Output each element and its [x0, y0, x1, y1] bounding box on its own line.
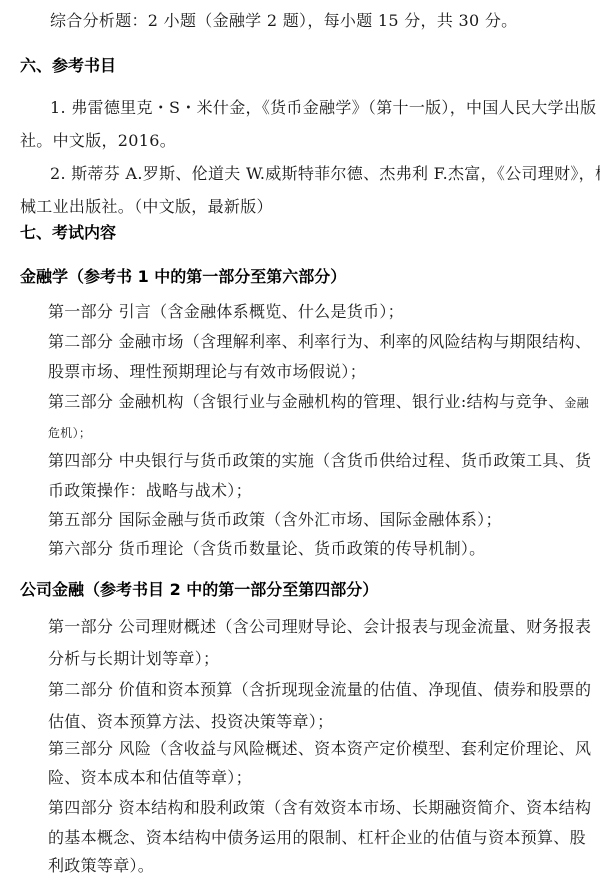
- finance-part-2-line-2: 股票市场、理性预期理论与有效市场假说）；: [48, 362, 366, 382]
- corporate-part-1-line-2: 分析与长期计划等章）；: [48, 649, 219, 669]
- reference-1-line-1: 1. 弗雷德里克・S・米什金，《货币金融学》（第十一版），中国人民大学出版: [50, 98, 596, 118]
- corporate-part-2-line-1: 第二部分 价值和资本预算（含折现现金流量的估值、净现值、债券和股票的: [48, 680, 591, 700]
- exam-format-line: 综合分析题：2 小题（金融学 2 题），每小题 15 分，共 30 分。: [50, 11, 517, 31]
- subsection-heading-corporate-finance: 公司金融（参考书目 2 中的第一部分至第四部分）: [20, 580, 378, 600]
- corporate-part-1-line-1: 第一部分 公司理财概述（含公司理财导论、会计报表与现金流量、财务报表: [48, 617, 591, 637]
- corporate-part-4-line-1: 第四部分 资本结构和股利政策（含有效资本市场、长期融资简介、资本结构: [48, 798, 591, 818]
- finance-part-3-small-text: 金融: [564, 396, 589, 410]
- corporate-part-4-line-2: 的基本概念、资本结构中债务运用的限制、杠杆企业的估值与资本预算、股: [48, 828, 586, 848]
- corporate-part-2-line-2: 估值、资本预算方法、投资决策等章）；: [48, 712, 333, 732]
- finance-part-5: 第五部分 国际金融与货币政策（含外汇市场、国际金融体系）；: [48, 510, 502, 530]
- finance-part-3-text: 第三部分 金融机构（含银行业与金融机构的管理、银行业:结构与竞争、: [48, 392, 564, 411]
- finance-part-4-line-1: 第四部分 中央银行与货币政策的实施（含货币供给过程、货币政策工具、货: [48, 451, 591, 471]
- corporate-part-3-line-1: 第三部分 风险（含收益与风险概述、资本资产定价模型、套利定价理论、风: [48, 739, 591, 759]
- reference-1-line-2: 社。中文版，2016。: [20, 131, 176, 151]
- section-heading-references: 六、参考书目: [20, 56, 116, 76]
- reference-2-line-2: 械工业出版社。（中文版，最新版）: [20, 197, 273, 217]
- section-heading-exam-content: 七、考试内容: [20, 223, 116, 243]
- finance-part-4-line-2: 币政策操作：战略与战术）；: [48, 481, 252, 501]
- finance-part-3-line-2: 危机）；: [48, 423, 91, 443]
- finance-part-3-line-1: 第三部分 金融机构（含银行业与金融机构的管理、银行业:结构与竞争、金融: [48, 392, 589, 413]
- corporate-part-3-line-2: 险、资本成本和估值等章）；: [48, 768, 252, 788]
- reference-2-line-1: 2. 斯蒂芬 A.罗斯、伦道夫 W.威斯特菲尔德、杰弗利 F.杰富，《公司理财》…: [50, 164, 600, 184]
- corporate-part-4-line-3: 利政策等章）。: [48, 856, 154, 876]
- finance-part-6: 第六部分 货币理论（含货币数量论、货币政策的传导机制）。: [48, 539, 486, 559]
- finance-part-1: 第一部分 引言（含金融体系概览、什么是货币）；: [48, 302, 404, 322]
- finance-part-2-line-1: 第二部分 金融市场（含理解利率、利率行为、利率的风险结构与期限结构、: [48, 332, 591, 352]
- subsection-heading-finance: 金融学（参考书 1 中的第一部分至第六部分）: [20, 267, 346, 287]
